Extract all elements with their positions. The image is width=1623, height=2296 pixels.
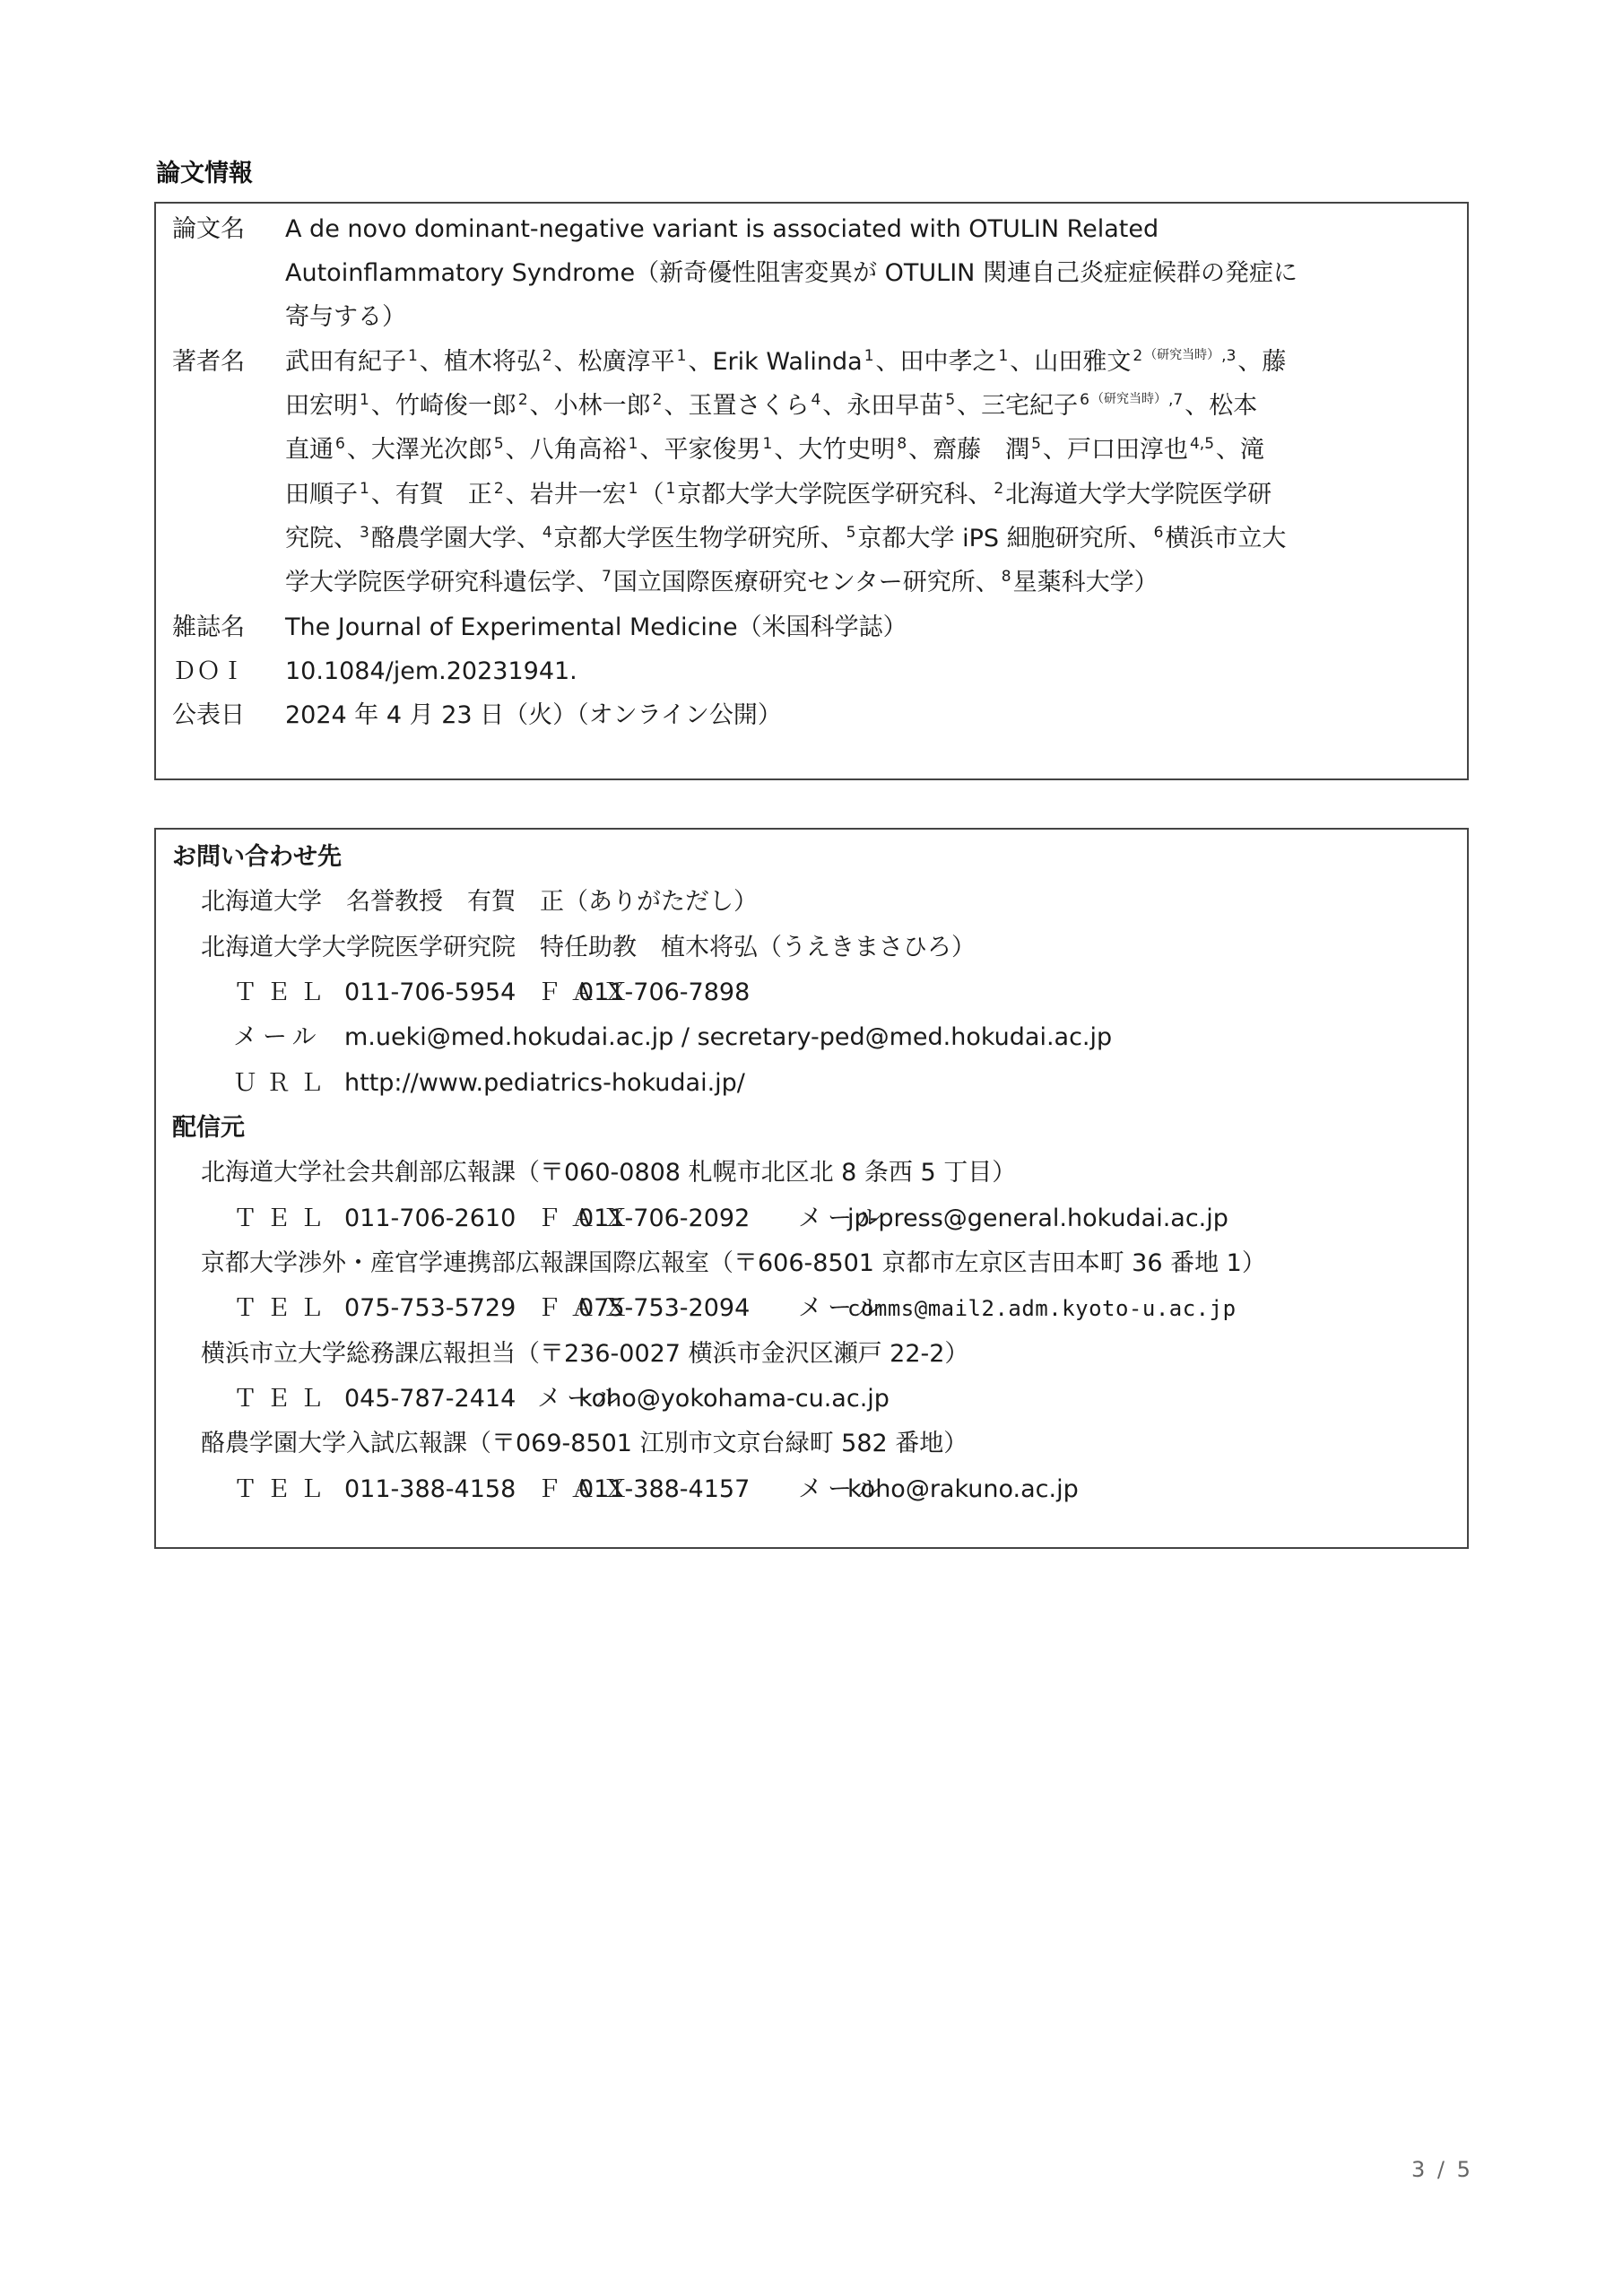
affiliation-note: （研究当時） [1091, 392, 1167, 406]
affiliation-superscript: 2 [1133, 347, 1142, 365]
contact-person-1: 北海道大学 名誉教授 有賀 正（ありがただし） [201, 880, 758, 925]
org-name-kyoto: 京都大学渉外・産官学連携部広報課国際広報室（〒606-8501 京都市左京区吉田… [201, 1241, 1266, 1286]
org-name-rakuno: 酪農学園大学入試広報課（〒069-8501 江別市文京台緑町 582 番地） [201, 1422, 968, 1466]
author-line: 田宏明1、竹崎俊一郎2、小林一郎2、玉置さくら4、永田早苗5、三宅紀子6（研究当… [285, 384, 1257, 432]
affiliation-superscript: 5 [1031, 435, 1041, 453]
date-value: 2024 年 4 月 23 日（火）（オンライン公開） [285, 693, 782, 737]
title-line-1: A de novo dominant-negative variant is a… [285, 207, 1159, 251]
affiliation-superscript: 8 [1002, 568, 1011, 586]
affiliation-superscript: 8 [897, 435, 907, 453]
author-text: 京都大学医生物学研究所、 [554, 525, 845, 552]
contact-person-2: 北海道大学大学院医学研究院 特任助教 植木将弘（うえきまさひろ） [201, 926, 976, 970]
author-line: 田順子1、有賀 正2、岩井一宏1（1京都大学大学院医学研究科、2北海道大学大学院… [285, 473, 1271, 520]
tel-label: ＴＥＬ [233, 1377, 333, 1422]
affiliation-superscript: 6 [1154, 524, 1164, 542]
title-line-2: Autoinflammatory Syndrome（新奇優性阻害変異が OTUL… [285, 251, 1298, 295]
author-text: 、八角高裕 [506, 436, 627, 464]
paper-info-heading: 論文情報 [156, 160, 253, 188]
affiliation-superscript: 4,5 [1190, 435, 1214, 453]
author-text: 、田中孝之 [876, 348, 997, 376]
affiliation-superscript: 1 [677, 347, 687, 365]
tel-value[interactable]: 075-753-5729 [344, 1286, 516, 1331]
author-text: 酪農学園大学、 [371, 525, 541, 552]
author-text: 、岩井一宏 [506, 481, 627, 509]
mail-value[interactable]: koho@rakuno.ac.jp [847, 1467, 1079, 1512]
url-link[interactable]: http://www.pediatrics-hokudai.jp/ [344, 1061, 745, 1106]
author-text: 直通 [285, 436, 334, 464]
distribution-heading: 配信元 [172, 1106, 245, 1151]
author-text: 、大竹史明 [774, 436, 895, 464]
authors-label: 著者名 [172, 340, 245, 384]
author-text: 、玉置さくら [664, 392, 809, 420]
url-label: ＵＲＬ [233, 1061, 333, 1106]
fax-value: 011-706-7898 [578, 970, 750, 1015]
affiliation-superscript: 2 [542, 347, 552, 365]
affiliation-note: （研究当時） [1144, 348, 1219, 362]
tel-value[interactable]: 045-787-2414 [344, 1377, 516, 1422]
affiliation-superscript: 1 [629, 480, 638, 498]
author-line: 究院、3酪農学園大学、4京都大学医生物学研究所、5京都大学 iPS 細胞研究所、… [285, 517, 1286, 564]
fax-value: 075-753-2094 [578, 1286, 750, 1331]
affiliation-superscript: 2 [653, 391, 663, 409]
affiliation-superscript: 2 [494, 480, 504, 498]
affiliation-superscript: 1 [665, 480, 675, 498]
journal-label: 雑誌名 [172, 605, 245, 649]
tel-value[interactable]: 011-706-5954 [344, 970, 516, 1015]
contact-heading: お問い合わせ先 [172, 835, 342, 880]
affiliation-superscript: 1 [999, 347, 1009, 365]
author-text: 、小林一郎 [530, 392, 651, 420]
mail-value[interactable]: jp-press@general.hokudai.ac.jp [847, 1196, 1228, 1241]
tel-label: ＴＥＬ [233, 1467, 333, 1512]
tel-value[interactable]: 011-706-2610 [344, 1196, 516, 1241]
affiliation-superscript: 5 [846, 524, 856, 542]
affiliation-superscript: 1 [629, 435, 638, 453]
title-label: 論文名 [172, 207, 245, 251]
org-name-hokkaido: 北海道大学社会共創部広報課（〒060-0808 札幌市北区北 8 条西 5 丁目… [201, 1151, 1016, 1196]
affiliation-superscript: 4 [811, 391, 820, 409]
mail-value[interactable]: m.ueki@med.hokudai.ac.jp / secretary-ped… [344, 1015, 1112, 1060]
affiliation-superscript: ,7 [1168, 391, 1183, 409]
author-text: 、Erik Walinda [688, 348, 862, 376]
page-number: 3 / 5 [1411, 2157, 1471, 2182]
affiliation-superscript: 1 [360, 480, 369, 498]
author-text: 京都大学大学院医学研究科、 [677, 481, 992, 509]
author-text: 、大澤光次郎 [347, 436, 492, 464]
author-line: 直通6、大澤光次郎5、八角高裕1、平家俊男1、大竹史明8、齋藤 潤5、戸口田淳也… [285, 428, 1264, 475]
affiliation-superscript: 1 [360, 391, 369, 409]
org-name-yokohama: 横浜市立大学総務課広報担当（〒236-0027 横浜市金沢区瀬戸 22-2） [201, 1332, 968, 1377]
author-text: 、平家俊男 [639, 436, 760, 464]
author-text: 、三宅紀子 [957, 392, 1078, 420]
title-line-3: 寄与する） [285, 295, 406, 339]
author-text: 、齋藤 潤 [908, 436, 1029, 464]
fax-value: 011-388-4157 [578, 1467, 750, 1512]
author-text: 、植木将弘 [420, 348, 541, 376]
affiliation-superscript: 1 [762, 435, 772, 453]
doi-label: ＤＯＩ [172, 649, 245, 693]
affiliation-superscript: 1 [864, 347, 874, 365]
author-text: 国立国際医療研究センター研究所、 [613, 569, 1000, 596]
tel-label: ＴＥＬ [233, 970, 333, 1015]
author-text: 、竹崎俊一郎 [371, 392, 516, 420]
author-text: 田順子 [285, 481, 358, 509]
journal-value: The Journal of Experimental Medicine（米国科… [285, 605, 907, 649]
author-text: 、松廣淳平 [554, 348, 675, 376]
author-text: （ [639, 481, 664, 509]
paper-info-box: 論文名 A de novo dominant-negative variant … [154, 202, 1469, 780]
author-text: 究院、 [285, 525, 358, 552]
author-text: 、有賀 正 [371, 481, 492, 509]
author-text: 京都大学 iPS 細胞研究所、 [857, 525, 1151, 552]
affiliation-superscript: 1 [408, 347, 418, 365]
author-text: 星薬科大学） [1013, 569, 1159, 596]
affiliation-superscript: 7 [602, 568, 612, 586]
mail-label: メール [233, 1015, 321, 1060]
author-line: 武田有紀子1、植木将弘2、松廣淳平1、Erik Walinda1、田中孝之1、山… [285, 340, 1286, 388]
mail-value[interactable]: koho@yokohama-cu.ac.jp [578, 1377, 890, 1422]
author-text: 、滝 [1216, 436, 1264, 464]
affiliation-superscript: 4 [542, 524, 552, 542]
date-label: 公表日 [172, 693, 245, 737]
fax-value: 011-706-2092 [578, 1196, 750, 1241]
mail-value[interactable]: comms@mail2.adm.kyoto-u.ac.jp [847, 1286, 1237, 1331]
author-text: 、戸口田淳也 [1043, 436, 1188, 464]
author-text: 、藤 [1237, 348, 1286, 376]
author-text: 横浜市立大 [1165, 525, 1286, 552]
author-line: 学大学院医学研究科遺伝学、7国立国際医療研究センター研究所、8星薬科大学） [285, 561, 1159, 608]
affiliation-superscript: 2 [518, 391, 528, 409]
author-text: 、山田雅文 [1010, 348, 1131, 376]
doi-value[interactable]: 10.1084/jem.20231941. [285, 649, 577, 693]
affiliation-superscript: 5 [494, 435, 504, 453]
author-text: 、永田早苗 [822, 392, 943, 420]
affiliation-superscript: 5 [945, 391, 955, 409]
author-text: 武田有紀子 [285, 348, 406, 376]
contact-box: お問い合わせ先 北海道大学 名誉教授 有賀 正（ありがただし） 北海道大学大学院… [154, 828, 1469, 1549]
affiliation-superscript: 6 [1080, 391, 1089, 409]
affiliation-superscript: 6 [335, 435, 345, 453]
affiliation-superscript: ,3 [1221, 347, 1236, 365]
author-text: 田宏明 [285, 392, 358, 420]
author-text: 、松本 [1185, 392, 1257, 420]
affiliation-superscript: 3 [360, 524, 369, 542]
author-text: 北海道大学大学院医学研 [1005, 481, 1271, 509]
tel-label: ＴＥＬ [233, 1286, 333, 1331]
author-text: 学大学院医学研究科遺伝学、 [285, 569, 600, 596]
tel-label: ＴＥＬ [233, 1196, 333, 1241]
affiliation-superscript: 2 [994, 480, 1003, 498]
tel-value[interactable]: 011-388-4158 [344, 1467, 516, 1512]
